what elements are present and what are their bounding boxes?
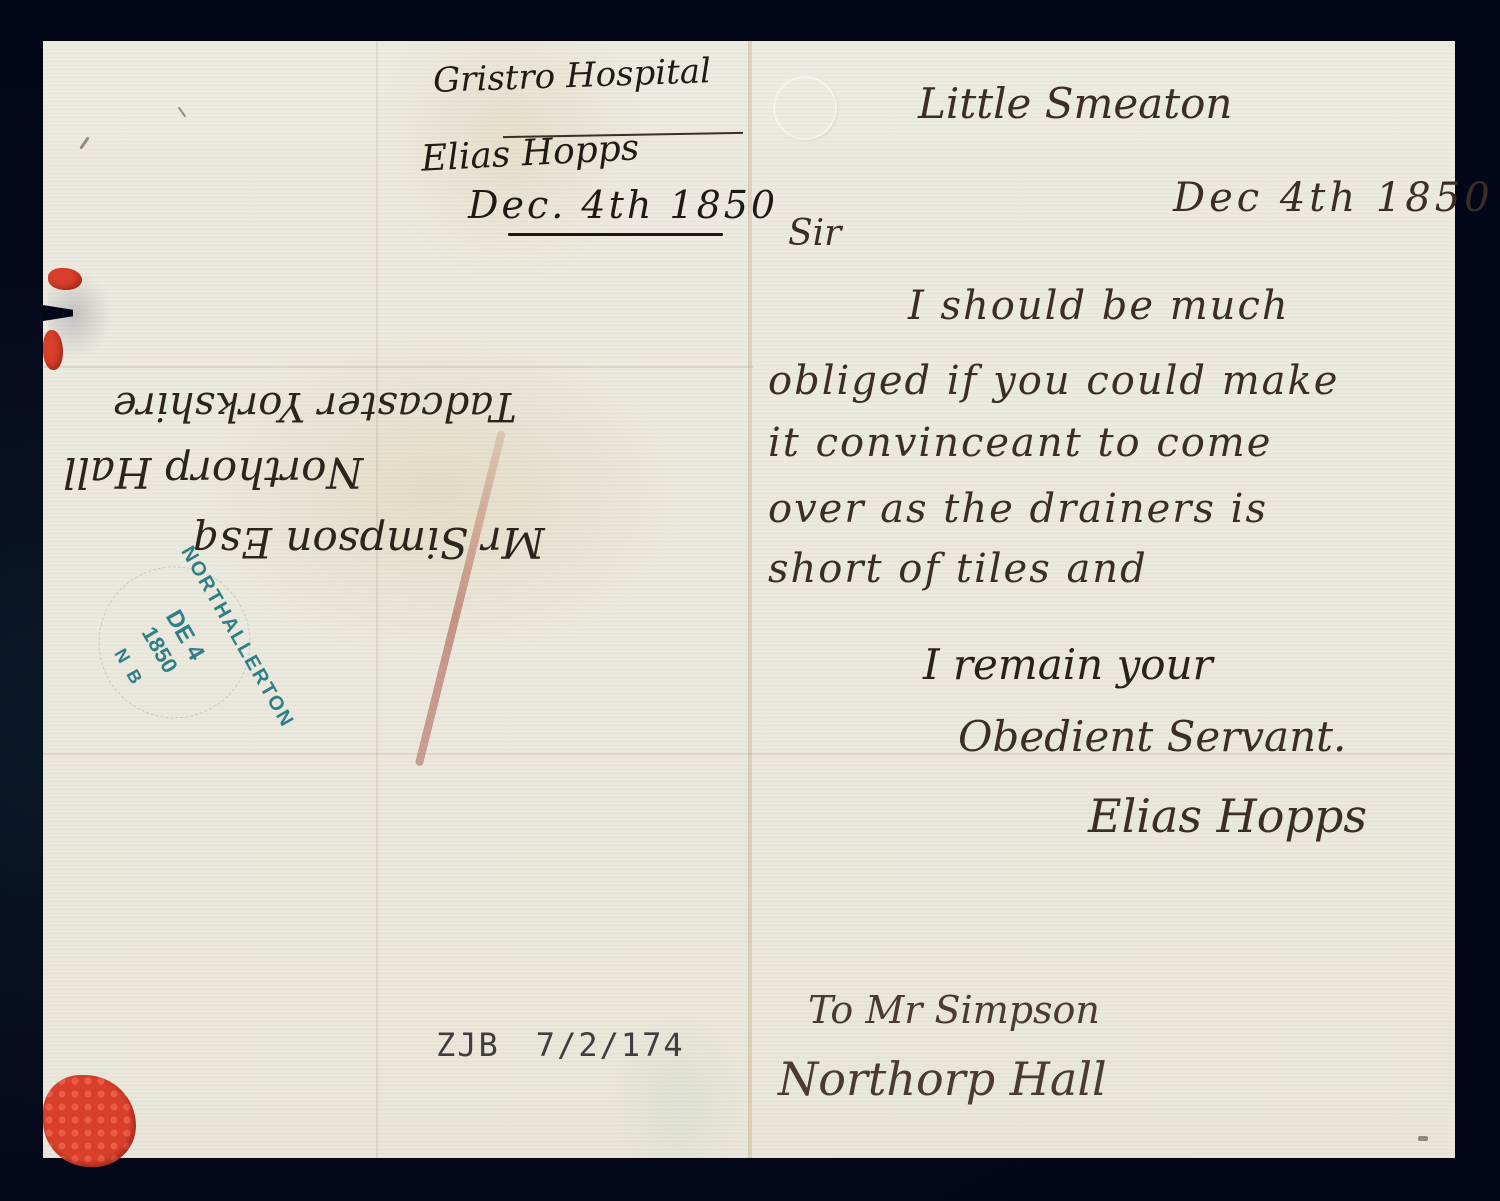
letter-date: Dec 4th 1850 xyxy=(1173,178,1494,218)
cover-address-line: Tadcaster Yorkshire xyxy=(113,386,517,426)
underline xyxy=(508,233,723,236)
ink-smudge xyxy=(1418,1136,1428,1141)
fold-line xyxy=(376,41,378,1158)
letter-body-line: it convinceant to come xyxy=(768,423,1272,463)
scan-background: Gristro Hospital Elias Hopps Dec. 4th 18… xyxy=(0,0,1500,1201)
letter-body-line: over as the drainers is xyxy=(768,489,1268,529)
docket-name: Elias Hopps xyxy=(420,130,640,177)
red-crayon-mark xyxy=(415,430,506,767)
embossed-stamp-icon xyxy=(773,76,837,140)
cover-address-line: Mr Simpson Esq xyxy=(193,521,545,563)
letter-signature: Elias Hopps xyxy=(1088,793,1367,839)
archive-code: ZJB xyxy=(436,1026,500,1064)
letter-body-line: I should be much xyxy=(908,286,1290,326)
letter-body-line: obliged if you could make xyxy=(768,361,1339,401)
ink-smudge xyxy=(79,136,89,149)
wax-seal-fragment xyxy=(43,330,63,370)
cover-address-line: Northorp Hall xyxy=(63,451,363,493)
docket-date: Dec. 4th 1850 xyxy=(468,186,778,224)
letter-salutation: Sir xyxy=(788,216,841,252)
letter-closing: I remain your xyxy=(923,644,1213,686)
ink-smudge xyxy=(178,107,187,118)
docket-title: Gristro Hospital xyxy=(432,54,711,98)
archive-reference: ZJB7/2/174 xyxy=(436,1026,685,1064)
letter-sheet: Gristro Hospital Elias Hopps Dec. 4th 18… xyxy=(43,41,1455,1158)
address-recipient: To Mr Simpson xyxy=(808,991,1100,1029)
postmark-stamp: NORTHALLERTON DE 4 1850 N B xyxy=(73,539,278,744)
archive-number: 7/2/174 xyxy=(536,1026,685,1064)
letter-place: Little Smeaton xyxy=(918,83,1232,125)
address-place: Northorp Hall xyxy=(778,1056,1107,1102)
letter-closing-servant: Obedient Servant. xyxy=(958,716,1346,758)
fold-line xyxy=(43,366,753,368)
wax-seal-fragment xyxy=(48,268,82,290)
letter-body-line: short of tiles and xyxy=(768,549,1148,589)
